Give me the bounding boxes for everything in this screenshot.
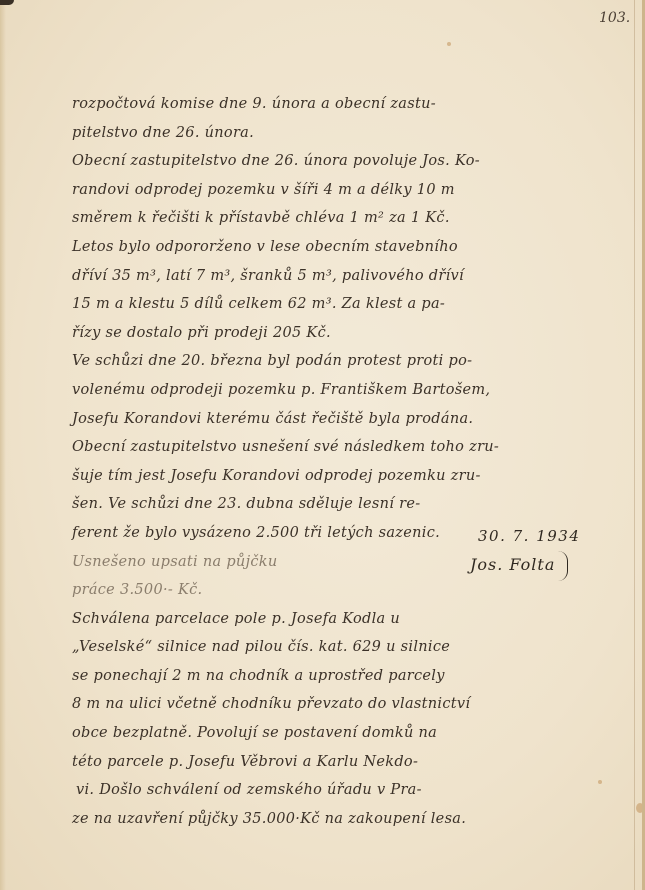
text-line: Josefu Korandovi kterému část řečiště by… [72,405,552,434]
text-line: 8 m na ulici včetně chodníku převzato do… [72,690,552,719]
text-line: 15 m a klestu 5 dílů celkem 62 m³. Za kl… [72,290,552,319]
signature-name: Jos. Folta [470,555,555,574]
page-corner-shadow [0,0,14,5]
text-line: této parcele p. Josefu Věbrovi a Karlu N… [72,748,552,777]
text-line: vi. Došlo schválení od zemského úřadu v … [72,776,552,805]
text-line: pitelstvo dne 26. února. [72,119,552,148]
text-line: dříví 35 m³, latí 7 m³, šranků 5 m³, pal… [72,262,552,291]
chronicle-page: 103. rozpočtová komise dne 9. února a ob… [0,0,645,890]
text-line-faint: práce 3.500·- Kč. [72,576,552,605]
text-line: randovi odprodej pozemku v šíři 4 m a dé… [72,176,552,205]
text-line: volenému odprodeji pozemku p. Františkem… [72,376,552,405]
signature-flourish-icon [557,551,568,581]
text-line: rozpočtová komise dne 9. února a obecní … [72,90,552,119]
text-line: Ve schůzi dne 20. března byl podán prote… [72,347,552,376]
text-line: ze na uzavření půjčky 35.000·Kč na zakou… [72,805,552,834]
text-line: směrem k řečišti k přístavbě chléva 1 m²… [72,204,552,233]
text-line: šen. Ve schůzi dne 23. dubna sděluje les… [72,490,552,519]
text-line: Obecní zastupitelstvo dne 26. února povo… [72,147,552,176]
paper-stain [447,42,451,46]
text-line: Schválena parcelace pole p. Josefa Kodla… [72,605,552,634]
signature-block: 30. 7. 1934 Jos. Folta [470,522,630,580]
signature-name-row: Jos. Folta [470,550,630,580]
text-line: šuje tím jest Josefu Korandovi odprodej … [72,462,552,491]
handwritten-text-block: rozpočtová komise dne 9. února a obecní … [72,90,552,833]
signature-date: 30. 7. 1934 [470,522,630,550]
paper-stain [598,780,602,784]
text-line: Obecní zastupitelstvo usnešení své násle… [72,433,552,462]
text-line: se ponechají 2 m na chodník a uprostřed … [72,662,552,691]
text-line: obce bezplatně. Povolují se postavení do… [72,719,552,748]
text-line: řízy se dostalo při prodeji 205 Kč. [72,319,552,348]
page-edge-line [634,0,635,890]
page-number: 103. [599,10,630,26]
paper-stain [636,803,644,813]
text-line: „Veselské“ silnice nad pilou čís. kat. 6… [72,633,552,662]
text-line: Letos bylo odpororženo v lese obecním st… [72,233,552,262]
